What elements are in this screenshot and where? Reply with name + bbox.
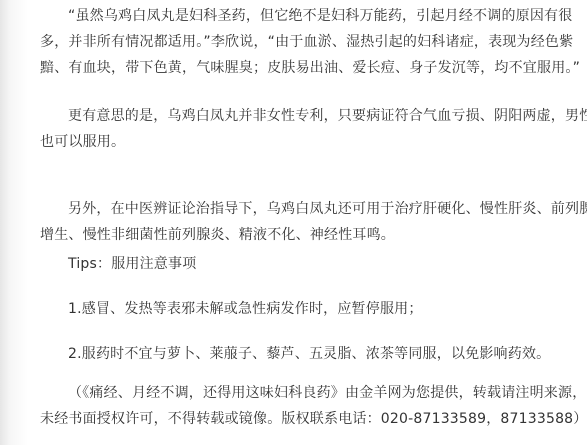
paragraph-male-use: 更有意思的是，乌鸡白凤丸并非女性专利，只要病证符合气血亏损、阴阳两虚，男性 也可… [12,103,552,155]
text-line: 黯、有血块，带下色黄，气味腥臭；皮肤易出油、爱长痘、身子发沉等，均不宜服用。” [12,55,552,81]
text-line: （《痛经、月经不调，还得用这味妇科良药》由金羊网为您提供，转载请注明来源， [12,380,552,406]
text-line: 另外，在中医辨证论治指导下，乌鸡白凤丸还可用于治疗肝硬化、慢性肝炎、前列腺 [12,196,552,222]
text-line: 2.服药时不宜与萝卜、莱菔子、藜芦、五灵脂、浓茶等同服，以免影响药效。 [12,341,552,367]
text-line: 更有意思的是，乌鸡白凤丸并非女性专利，只要病证符合气血亏损、阴阳两虚，男性 [12,103,552,129]
tips-heading: Tips：服用注意事项 [12,251,552,277]
text-line: 多，并非所有情况都适用。”李欣说，“由于血淤、湿热引起的妇科诸症，表现为经色紫 [12,29,552,55]
text-line: 也可以服用。 [12,129,552,155]
paragraph-quote: “虽然乌鸡白凤丸是妇科圣药，但它绝不是妇科万能药，引起月经不调的原因有很 多，并… [12,3,552,81]
text-line: 增生、慢性非细菌性前列腺炎、精液不化、神经性耳鸣。 [12,222,552,248]
tip-item-2: 2.服药时不宜与萝卜、莱菔子、藜芦、五灵脂、浓茶等同服，以免影响药效。 [12,341,552,367]
text-line: “虽然乌鸡白凤丸是妇科圣药，但它绝不是妇科万能药，引起月经不调的原因有很 [12,3,552,29]
text-line: 未经书面授权许可，不得转载或镜像。版权联系电话：020-87133589，871… [12,406,552,432]
paragraph-other-uses: 另外，在中医辨证论治指导下，乌鸡白凤丸还可用于治疗肝硬化、慢性肝炎、前列腺 增生… [12,196,552,248]
copyright-notice: （《痛经、月经不调，还得用这味妇科良药》由金羊网为您提供，转载请注明来源， 未经… [12,380,552,432]
tip-item-1: 1.感冒、发热等表邪未解或急性病发作时，应暂停服用； [12,296,552,322]
text-line: Tips：服用注意事项 [12,251,552,277]
text-line: 1.感冒、发热等表邪未解或急性病发作时，应暂停服用； [12,296,552,322]
